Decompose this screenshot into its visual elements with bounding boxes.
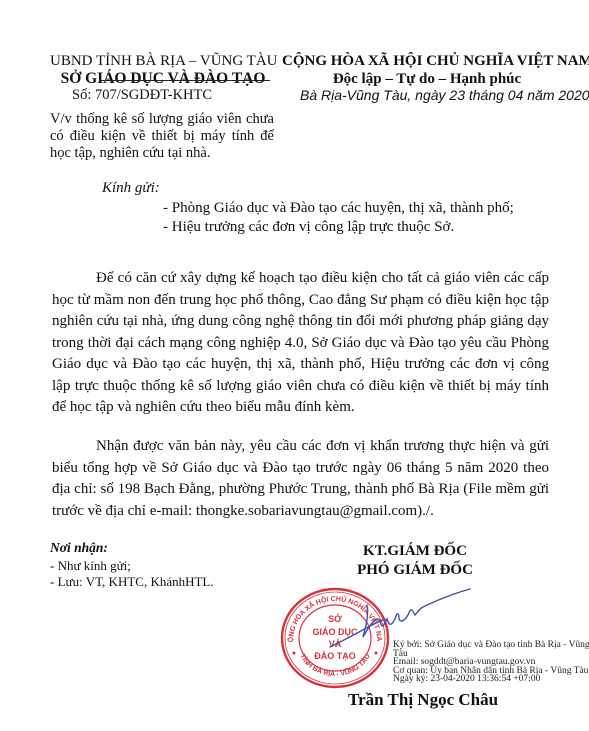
digital-signature-line: Ký bởi: Sở Giáo dục và Đào tạo tỉnh Bà R… [393,641,589,650]
agency-name: SỞ GIÁO DỤC VÀ ĐÀO TẠO [50,70,276,88]
nation-name: CỘNG HÒA XÃ HỘI CHỦ NGHĨA VIỆT NAM [282,52,572,70]
header-right: CỘNG HÒA XÃ HỘI CHỦ NGHĨA VIỆT NAM Độc l… [282,52,572,88]
recipients-item: - Như kính gửi; [50,558,131,574]
paragraph-text: Để có căn cứ xây dựng kế hoạch tạo điều … [52,268,549,419]
national-motto: Độc lập – Tự do – Hạnh phúc [282,70,572,88]
header-left: UBND TỈNH BÀ RỊA – VŨNG TÀU SỞ GIÁO DỤC … [50,52,276,88]
body-paragraph-2: Nhận được văn bản này, yêu cầu các đơn v… [52,436,549,522]
body-paragraph-1: Để có căn cứ xây dựng kế hoạch tạo điều … [52,268,549,419]
document-number: Số: 707/SGDĐT-KHTC [72,87,212,104]
signature-title-1: KT.GIÁM ĐỐC [330,543,500,560]
recipient-line: - Hiệu trưởng các đơn vị công lập trực t… [163,219,454,236]
document-subject: V/v thống kê số lượng giáo viên chưa có … [50,111,274,162]
date-line: Bà Rịa-Vũng Tàu, ngày 23 tháng 04 năm 20… [300,87,589,103]
signer-name: Trần Thị Ngọc Châu [348,690,498,710]
signature-title-2: PHÓ GIÁM ĐỐC [330,562,500,579]
paragraph-text: Nhận được văn bản này, yêu cầu các đơn v… [52,436,549,522]
digital-signature-line: Ngày ký: 23-04-2020 13:36:54 +07:00 [393,675,589,684]
salutation-label: Kính gửi: [102,180,160,197]
digital-signature-block: Ký bởi: Sở Giáo dục và Đào tạo tỉnh Bà R… [393,641,589,684]
authority-name: UBND TỈNH BÀ RỊA – VŨNG TÀU [50,52,276,70]
agency-underline [100,80,270,81]
recipients-item: - Lưu: VT, KHTC, KhánhHTL. [50,574,214,590]
recipient-line: - Phòng Giáo dục và Đào tạo các huyện, t… [163,200,514,217]
recipients-title: Nơi nhận: [50,540,108,556]
